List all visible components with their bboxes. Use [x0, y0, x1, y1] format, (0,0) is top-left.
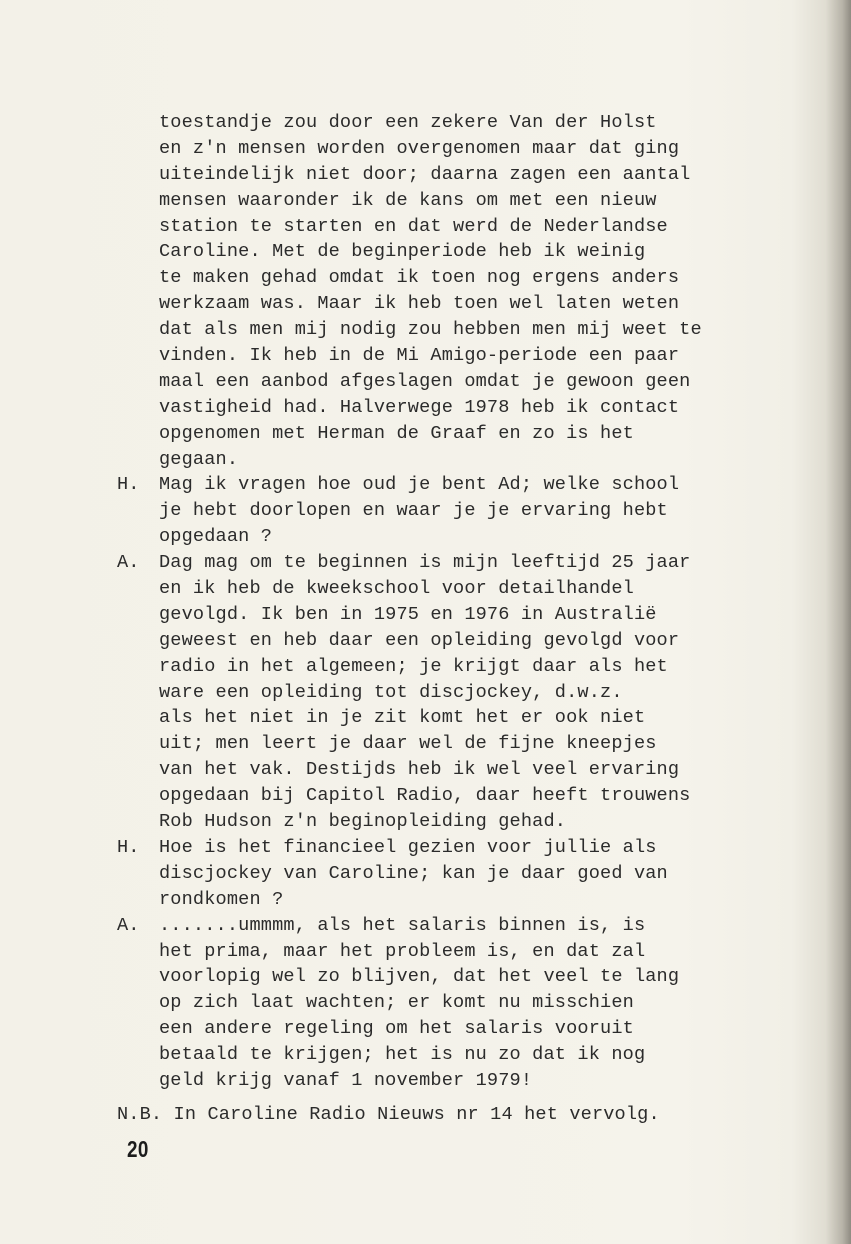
- text-line: discjockey van Caroline; kan je daar goe…: [117, 861, 817, 887]
- text-line: ware een opleiding tot discjockey, d.w.z…: [117, 680, 817, 706]
- text-line: station te starten en dat werd de Nederl…: [117, 214, 817, 240]
- line-text: een andere regeling om het salaris vooru…: [159, 1018, 634, 1039]
- speaker-label: H.: [117, 835, 159, 861]
- text-line: radio in het algemeen; je krijgt daar al…: [117, 654, 817, 680]
- line-text: Rob Hudson z'n beginopleiding gehad.: [159, 811, 566, 832]
- line-text: Dag mag om te beginnen is mijn leeftijd …: [159, 552, 690, 573]
- line-text: en z'n mensen worden overgenomen maar da…: [159, 138, 679, 159]
- text-line: te maken gehad omdat ik toen nog ergens …: [117, 265, 817, 291]
- text-line: Rob Hudson z'n beginopleiding gehad.: [117, 809, 817, 835]
- text-line: vastigheid had. Halverwege 1978 heb ik c…: [117, 395, 817, 421]
- speaker-line: H.Mag ik vragen hoe oud je bent Ad; welk…: [117, 472, 817, 498]
- line-text: vastigheid had. Halverwege 1978 heb ik c…: [159, 397, 679, 418]
- text-line: toestandje zou door een zekere Van der H…: [117, 110, 817, 136]
- text-line: het prima, maar het probleem is, en dat …: [117, 939, 817, 965]
- text-line: betaald te krijgen; het is nu zo dat ik …: [117, 1042, 817, 1068]
- line-text: te maken gehad omdat ik toen nog ergens …: [159, 267, 679, 288]
- line-text: werkzaam was. Maar ik heb toen wel laten…: [159, 293, 679, 314]
- text-line: opgedaan bij Capitol Radio, daar heeft t…: [117, 783, 817, 809]
- line-text: en ik heb de kweekschool voor detailhand…: [159, 578, 634, 599]
- line-text: geld krijg vanaf 1 november 1979!: [159, 1070, 532, 1091]
- text-line: maal een aanbod afgeslagen omdat je gewo…: [117, 369, 817, 395]
- speaker-line: A.Dag mag om te beginnen is mijn leeftij…: [117, 550, 817, 576]
- line-text: uit; men leert je daar wel de fijne knee…: [159, 733, 657, 754]
- text-line: uit; men leert je daar wel de fijne knee…: [117, 731, 817, 757]
- speaker-line: H.Hoe is het financieel gezien voor jull…: [117, 835, 817, 861]
- page-number: 20: [127, 1136, 149, 1163]
- line-text: station te starten en dat werd de Nederl…: [159, 216, 668, 237]
- text-line: vinden. Ik heb in de Mi Amigo-periode ee…: [117, 343, 817, 369]
- text-line: mensen waaronder ik de kans om met een n…: [117, 188, 817, 214]
- footnote: N.B. In Caroline Radio Nieuws nr 14 het …: [117, 1102, 817, 1128]
- text-line: gevolgd. Ik ben in 1975 en 1976 in Austr…: [117, 602, 817, 628]
- line-text: opgenomen met Herman de Graaf en zo is h…: [159, 423, 634, 444]
- text-line: geweest en heb daar een opleiding gevolg…: [117, 628, 817, 654]
- text-line: en z'n mensen worden overgenomen maar da…: [117, 136, 817, 162]
- line-text: Hoe is het financieel gezien voor jullie…: [159, 837, 657, 858]
- line-text: ware een opleiding tot discjockey, d.w.z…: [159, 682, 623, 703]
- line-text: Caroline. Met de beginperiode heb ik wei…: [159, 241, 645, 262]
- text-line: als het niet in je zit komt het er ook n…: [117, 705, 817, 731]
- speaker-line: A........ummmm, als het salaris binnen i…: [117, 913, 817, 939]
- line-text: .......ummmm, als het salaris binnen is,…: [159, 915, 645, 936]
- interview-text: toestandje zou door een zekere Van der H…: [117, 110, 817, 1128]
- text-line: geld krijg vanaf 1 november 1979!: [117, 1068, 817, 1094]
- line-text: gegaan.: [159, 449, 238, 470]
- text-line: dat als men mij nodig zou hebben men mij…: [117, 317, 817, 343]
- line-text: gevolgd. Ik ben in 1975 en 1976 in Austr…: [159, 604, 657, 625]
- text-line: een andere regeling om het salaris vooru…: [117, 1016, 817, 1042]
- speaker-label: A.: [117, 550, 159, 576]
- text-line: uiteindelijk niet door; daarna zagen een…: [117, 162, 817, 188]
- line-text: mensen waaronder ik de kans om met een n…: [159, 190, 657, 211]
- text-line: en ik heb de kweekschool voor detailhand…: [117, 576, 817, 602]
- scanned-page: toestandje zou door een zekere Van der H…: [0, 0, 851, 1244]
- text-line: Caroline. Met de beginperiode heb ik wei…: [117, 239, 817, 265]
- text-line: rondkomen ?: [117, 887, 817, 913]
- text-line: je hebt doorlopen en waar je je ervaring…: [117, 498, 817, 524]
- line-text: van het vak. Destijds heb ik wel veel er…: [159, 759, 679, 780]
- speaker-label: A.: [117, 913, 159, 939]
- text-line: gegaan.: [117, 447, 817, 473]
- line-text: op zich laat wachten; er komt nu misschi…: [159, 992, 634, 1013]
- line-text: opgedaan ?: [159, 526, 272, 547]
- text-line: opgedaan ?: [117, 524, 817, 550]
- line-text: radio in het algemeen; je krijgt daar al…: [159, 656, 668, 677]
- spacer: [117, 1094, 817, 1102]
- line-text: Mag ik vragen hoe oud je bent Ad; welke …: [159, 474, 679, 495]
- speaker-label: H.: [117, 472, 159, 498]
- line-text: betaald te krijgen; het is nu zo dat ik …: [159, 1044, 645, 1065]
- line-text: discjockey van Caroline; kan je daar goe…: [159, 863, 668, 884]
- text-line: van het vak. Destijds heb ik wel veel er…: [117, 757, 817, 783]
- line-text: je hebt doorlopen en waar je je ervaring…: [159, 500, 668, 521]
- line-text: rondkomen ?: [159, 889, 283, 910]
- line-text: uiteindelijk niet door; daarna zagen een…: [159, 164, 690, 185]
- line-text: toestandje zou door een zekere Van der H…: [159, 112, 657, 133]
- text-line: opgenomen met Herman de Graaf en zo is h…: [117, 421, 817, 447]
- line-text: als het niet in je zit komt het er ook n…: [159, 707, 645, 728]
- line-text: het prima, maar het probleem is, en dat …: [159, 941, 645, 962]
- line-text: dat als men mij nodig zou hebben men mij…: [159, 319, 702, 340]
- line-text: opgedaan bij Capitol Radio, daar heeft t…: [159, 785, 690, 806]
- line-text: vinden. Ik heb in de Mi Amigo-periode ee…: [159, 345, 679, 366]
- text-line: voorlopig wel zo blijven, dat het veel t…: [117, 964, 817, 990]
- line-text: geweest en heb daar een opleiding gevolg…: [159, 630, 679, 651]
- line-text: maal een aanbod afgeslagen omdat je gewo…: [159, 371, 690, 392]
- text-line: op zich laat wachten; er komt nu misschi…: [117, 990, 817, 1016]
- line-text: voorlopig wel zo blijven, dat het veel t…: [159, 966, 679, 987]
- text-line: werkzaam was. Maar ik heb toen wel laten…: [117, 291, 817, 317]
